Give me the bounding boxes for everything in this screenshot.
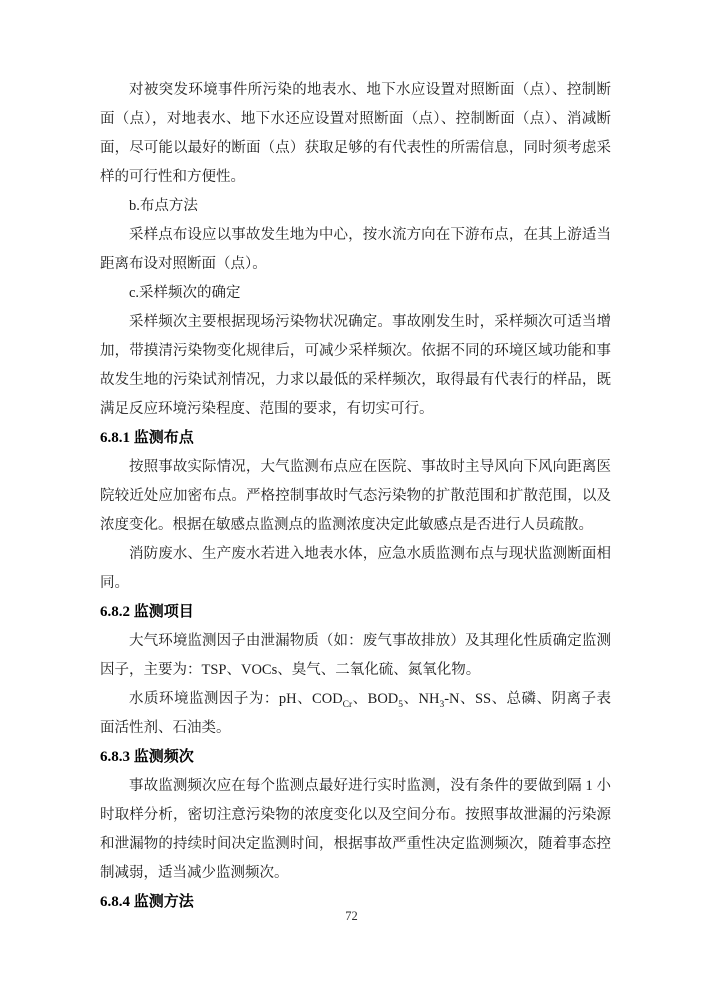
section-heading: 6.8.1 监测布点: [100, 424, 611, 453]
section-heading: 6.8.3 监测频次: [100, 743, 611, 772]
paragraph: 消防废水、生产废水若进入地表水体，应急水质监测布点与现状监测断面相同。: [100, 540, 611, 598]
paragraph: 水质环境监测因子为：pH、CODCr、BOD5、NH3-N、SS、总磷、阴离子表…: [100, 685, 611, 743]
subscript-text: Cr: [343, 700, 353, 710]
subscript-text: 3: [439, 700, 444, 710]
paragraph: 事故监测频次应在每个监测点最好进行实时监测，没有条件的要做到隔 1 小时取样分析…: [100, 772, 611, 888]
section-heading: 6.8.2 监测项目: [100, 598, 611, 627]
paragraph: 对被突发环境事件所污染的地表水、地下水应设置对照断面（点）、控制断面（点），对地…: [100, 76, 611, 192]
paragraph: c.采样频次的确定: [100, 279, 611, 308]
page-number: 72: [0, 906, 703, 926]
paragraph: 采样频次主要根据现场污染物状况确定。事故刚发生时，采样频次可适当增加，带摸清污染…: [100, 308, 611, 424]
subscript-text: 5: [398, 700, 403, 710]
paragraph: b.布点方法: [100, 192, 611, 221]
paragraph: 大气环境监测因子由泄漏物质（如：废气事故排放）及其理化性质确定监测因子，主要为：…: [100, 627, 611, 685]
document-page: 对被突发环境事件所污染的地表水、地下水应设置对照断面（点）、控制断面（点），对地…: [0, 0, 703, 994]
paragraph: 按照事故实际情况，大气监测布点应在医院、事故时主导风向下风向距离医院较近处应加密…: [100, 453, 611, 540]
document-body: 对被突发环境事件所污染的地表水、地下水应设置对照断面（点）、控制断面（点），对地…: [100, 76, 611, 917]
paragraph: 采样点布设应以事故发生地为中心，按水流方向在下游布点，在其上游适当距离布设对照断…: [100, 221, 611, 279]
